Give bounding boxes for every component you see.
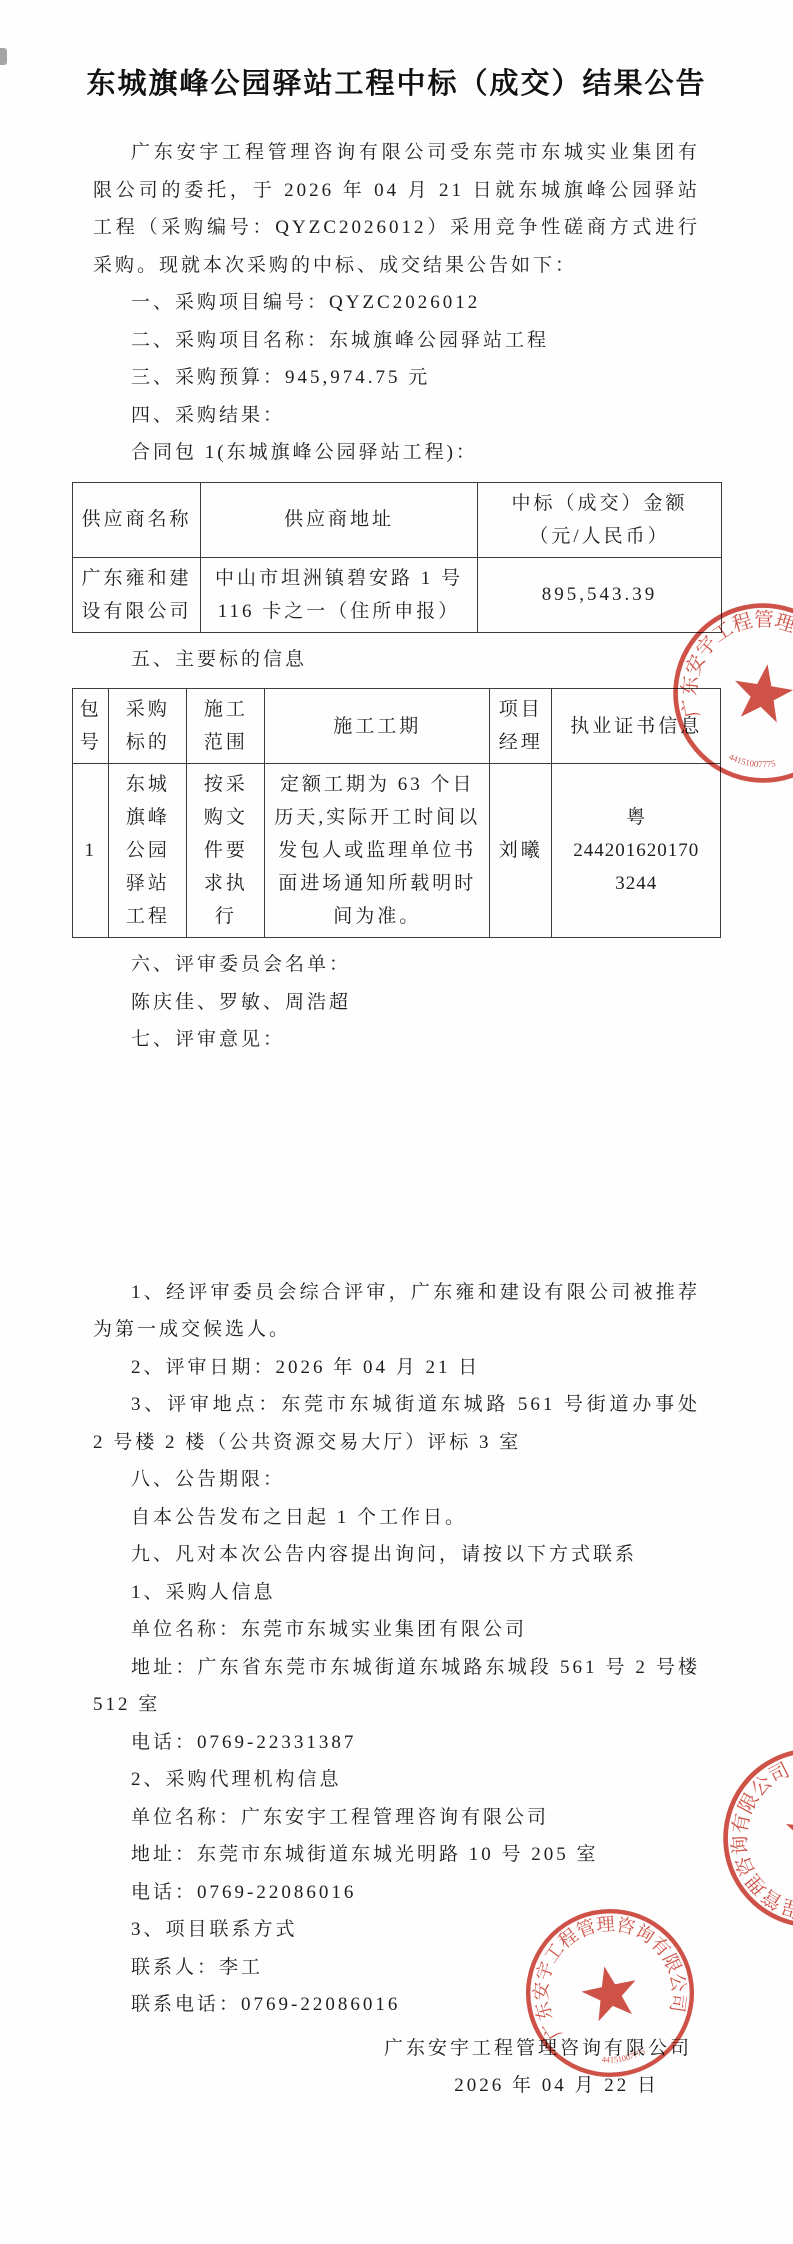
cell-supplier-name: 广东雍和建设有限公司	[73, 557, 201, 632]
section-project-number: 一、采购项目编号：QYZC2026012	[93, 284, 700, 322]
th-project-manager: 项目经理	[490, 689, 552, 764]
cell-construction-scope: 按采购文件要求执行	[187, 764, 265, 938]
star-icon	[772, 1798, 793, 1879]
subject-info-table: 包号 采购标的 施工范围 施工工期 项目经理 执业证书信息 1 东城旗峰公园驿站…	[72, 688, 721, 938]
table-row: 广东雍和建设有限公司 中山市坦洲镇碧安路 1 号 116 卡之一（住所申报） 8…	[73, 557, 722, 632]
contact-phone: 联系电话：0769-22086016	[93, 1986, 700, 2024]
project-contact-label: 3、项目联系方式	[93, 1911, 700, 1949]
th-supplier-name: 供应商名称	[73, 482, 201, 557]
signature-date: 2026 年 04 月 22 日	[93, 2067, 659, 2105]
review-item-2: 2、评审日期：2026 年 04 月 21 日	[93, 1349, 700, 1387]
review-item-3: 3、评审地点：东莞市东城街道东城路 561 号街道办事处 2 号楼 2 楼（公共…	[93, 1386, 700, 1461]
cell-procurement-subject: 东城旗峰公园驿站工程	[109, 764, 187, 938]
th-construction-scope: 施工范围	[187, 689, 265, 764]
document-body: 广东安宇工程管理咨询有限公司受东莞市东城实业集团有限公司的委托，于 2026 年…	[93, 134, 700, 2105]
intro-paragraph: 广东安宇工程管理咨询有限公司受东莞市东城实业集团有限公司的委托，于 2026 年…	[93, 134, 700, 284]
cell-award-amount: 895,543.39	[478, 557, 722, 632]
section-announcement-period: 八、公告期限：	[93, 1461, 700, 1499]
th-certificate-info: 执业证书信息	[552, 689, 721, 764]
purchaser-info-label: 1、采购人信息	[93, 1574, 700, 1612]
contact-person: 联系人：李工	[93, 1949, 700, 1987]
table-row: 1 东城旗峰公园驿站工程 按采购文件要求执行 定额工期为 63 个日历天,实际开…	[73, 764, 721, 938]
th-package-no: 包号	[73, 689, 109, 764]
th-construction-period: 施工工期	[265, 689, 490, 764]
seal-ring	[690, 1715, 793, 1962]
document-page: 东城旗峰公园驿站工程中标（成交）结果公告 广东安宇工程管理咨询有限公司受东莞市东…	[0, 0, 793, 2244]
committee-names: 陈庆佳、罗敏、周浩超	[93, 984, 700, 1022]
cell-supplier-address: 中山市坦洲镇碧安路 1 号 116 卡之一（住所申报）	[201, 557, 478, 632]
page-title: 东城旗峰公园驿站工程中标（成交）结果公告	[30, 62, 763, 106]
seal-serial-text: 44151007775	[727, 751, 779, 772]
section-review-opinion: 七、评审意见：	[93, 1021, 700, 1059]
cell-certificate-info: 粤 244201620170 3244	[552, 764, 721, 938]
section-result: 四、采购结果：	[93, 397, 700, 435]
table-header-row: 包号 采购标的 施工范围 施工工期 项目经理 执业证书信息	[73, 689, 721, 764]
svg-text:广东安宇工程管理咨询有限公司: 广东安宇工程管理咨询有限公司	[694, 1753, 793, 1957]
agency-address: 地址：东莞市东城街道东城光明路 10 号 205 室	[93, 1836, 700, 1874]
section-review-committee: 六、评审委员会名单：	[93, 946, 700, 984]
section-subject-info: 五、主要标的信息	[93, 641, 700, 679]
purchaser-name: 单位名称：东莞市东城实业集团有限公司	[93, 1611, 700, 1649]
scan-artifact	[0, 48, 7, 65]
th-procurement-subject: 采购标的	[109, 689, 187, 764]
announcement-period-text: 自本公告发布之日起 1 个工作日。	[93, 1499, 700, 1537]
table-header-row: 供应商名称 供应商地址 中标（成交）金额 （元/人民币）	[73, 482, 722, 557]
agency-phone: 电话：0769-22086016	[93, 1874, 700, 1912]
review-opinion-blank-space	[93, 1059, 700, 1274]
signature-block: 广东安宇工程管理咨询有限公司 2026 年 04 月 22 日	[93, 2030, 700, 2105]
th-supplier-address: 供应商地址	[201, 482, 478, 557]
purchaser-phone: 电话：0769-22331387	[93, 1724, 700, 1762]
svg-text:44151007775: 44151007775	[727, 751, 779, 772]
purchaser-address: 地址：广东省东莞市东城街道东城路东城段 561 号 2 号楼 512 室	[93, 1649, 700, 1724]
agency-info-label: 2、采购代理机构信息	[93, 1761, 700, 1799]
section-contact-intro: 九、凡对本次公告内容提出询问，请按以下方式联系	[93, 1536, 700, 1574]
contract-package-label: 合同包 1(东城旗峰公园驿站工程)：	[93, 434, 700, 472]
th-award-amount: 中标（成交）金额 （元/人民币）	[478, 482, 722, 557]
section-budget: 三、采购预算：945,974.75 元	[93, 359, 700, 397]
cell-construction-period: 定额工期为 63 个日历天,实际开工时间以发包人或监理单位书面进场通知所载明时间…	[265, 764, 490, 938]
seal-company-text: 广东安宇工程管理咨询有限公司	[694, 1753, 793, 1957]
agency-name: 单位名称：广东安宇工程管理咨询有限公司	[93, 1799, 700, 1837]
cell-package-no: 1	[73, 764, 109, 938]
signature-company: 广东安宇工程管理咨询有限公司	[93, 2030, 692, 2068]
contract-result-table: 供应商名称 供应商地址 中标（成交）金额 （元/人民币） 广东雍和建设有限公司 …	[72, 482, 722, 633]
section-project-name: 二、采购项目名称：东城旗峰公园驿站工程	[93, 322, 700, 360]
review-item-1: 1、经评审委员会综合评审，广东雍和建设有限公司被推荐为第一成交候选人。	[93, 1274, 700, 1349]
star-icon	[730, 660, 793, 725]
cell-project-manager: 刘曦	[490, 764, 552, 938]
